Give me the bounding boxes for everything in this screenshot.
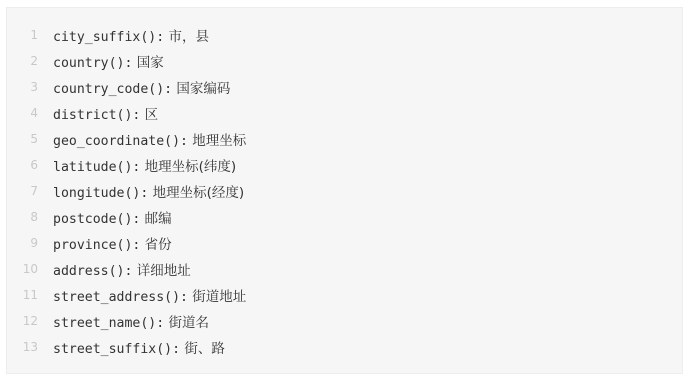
code-text: street_name(): 街道名: [53, 311, 209, 331]
code-line: 9 province(): 省份: [7, 230, 246, 256]
function-description: 国家编码: [172, 81, 230, 97]
function-description: 街道地址: [188, 289, 246, 305]
line-number: 7: [7, 184, 38, 198]
code-text: district(): 区: [53, 103, 158, 123]
function-description: 地理坐标: [188, 133, 246, 149]
line-number: 4: [7, 106, 38, 120]
function-name: street_address():: [53, 290, 188, 305]
code-line: 7 longitude(): 地理坐标(经度): [7, 178, 246, 204]
code-line: 11 street_address(): 街道地址: [7, 282, 246, 308]
code-text: city_suffix(): 市，县: [53, 25, 209, 45]
function-description: 地理坐标(经度): [148, 185, 244, 201]
line-number: 12: [7, 314, 38, 328]
code-line: 6 latitude(): 地理坐标(纬度): [7, 152, 246, 178]
function-name: country():: [53, 56, 132, 71]
line-number: 1: [7, 28, 38, 42]
line-number: 11: [7, 288, 38, 302]
line-number: 13: [7, 340, 38, 354]
line-number: 9: [7, 236, 38, 250]
function-description: 详细地址: [132, 263, 190, 279]
code-block: 1 city_suffix(): 市，县 2 country(): 国家 3 c…: [6, 7, 683, 374]
function-name: province():: [53, 238, 140, 253]
function-description: 市，县: [164, 29, 209, 45]
code-line: 2 country(): 国家: [7, 48, 246, 74]
function-name: street_name():: [53, 316, 164, 331]
function-name: city_suffix():: [53, 30, 164, 45]
code-line: 13 street_suffix(): 街、路: [7, 334, 246, 360]
function-description: 地理坐标(纬度): [140, 159, 236, 175]
function-description: 省份: [140, 237, 171, 253]
function-name: latitude():: [53, 160, 140, 175]
code-text: country(): 国家: [53, 51, 164, 71]
line-number: 3: [7, 80, 38, 94]
code-text: country_code(): 国家编码: [53, 77, 230, 97]
code-lines: 1 city_suffix(): 市，县 2 country(): 国家 3 c…: [7, 22, 246, 360]
code-text: province(): 省份: [53, 233, 172, 253]
code-text: postcode(): 邮编: [53, 207, 172, 227]
line-number: 8: [7, 210, 38, 224]
function-description: 区: [140, 107, 158, 123]
code-line: 10 address(): 详细地址: [7, 256, 246, 282]
function-name: district():: [53, 108, 140, 123]
function-name: country_code():: [53, 82, 172, 97]
code-text: address(): 详细地址: [53, 259, 191, 279]
function-name: street_suffix():: [53, 342, 180, 357]
code-line: 1 city_suffix(): 市，县: [7, 22, 246, 48]
function-name: postcode():: [53, 212, 140, 227]
code-text: street_address(): 街道地址: [53, 285, 246, 305]
code-line: 12 street_name(): 街道名: [7, 308, 246, 334]
line-number: 2: [7, 54, 38, 68]
code-line: 3 country_code(): 国家编码: [7, 74, 246, 100]
function-description: 街、路: [180, 341, 225, 357]
code-text: longitude(): 地理坐标(经度): [53, 181, 244, 201]
line-number: 10: [7, 262, 38, 276]
function-name: longitude():: [53, 186, 148, 201]
code-line: 5 geo_coordinate(): 地理坐标: [7, 126, 246, 152]
function-name: geo_coordinate():: [53, 134, 188, 149]
line-number: 5: [7, 132, 38, 146]
function-description: 邮编: [140, 211, 171, 227]
code-text: street_suffix(): 街、路: [53, 337, 225, 357]
code-text: geo_coordinate(): 地理坐标: [53, 129, 246, 149]
function-name: address():: [53, 264, 132, 279]
function-description: 国家: [132, 55, 163, 71]
code-text: latitude(): 地理坐标(纬度): [53, 155, 236, 175]
code-line: 4 district(): 区: [7, 100, 246, 126]
function-description: 街道名: [164, 315, 209, 331]
code-line: 8 postcode(): 邮编: [7, 204, 246, 230]
line-number: 6: [7, 158, 38, 172]
